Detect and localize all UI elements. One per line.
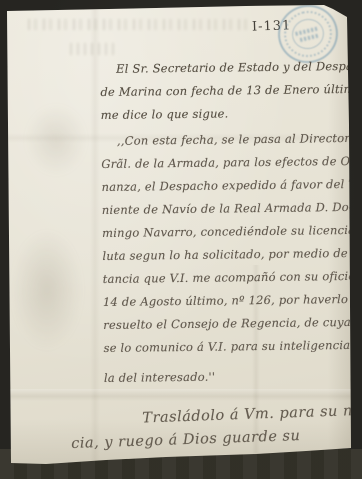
paper-stain [26,105,86,175]
letter-closing-block: Trasládolo á Vm. para su noti- cia, y ru… [70,398,351,454]
letter-line: ,,Con esta fecha, se le pasa al Director [101,127,345,153]
letter-line: luta segun lo ha solicitado, por medio d… [102,242,346,268]
letter-line: nanza, el Despacho expedido á favor del … [101,173,345,199]
letter-line: El Sr. Secretario de Estado y del Despac… [100,55,344,81]
letter-line: 14 de Agosto último, nº 126, por haverlo… [103,288,347,314]
letter-line: tancia que V.I. me acompañó con su ofici… [103,265,347,291]
paper-stain [12,230,82,350]
letter-line: la del interesado.'' [104,364,348,390]
letter-text-block: El Sr. Secretario de Estado y del Despac… [100,55,348,390]
letter-paper: I-131 El Sr. Secretario de Estado y del … [6,5,352,465]
bleed-through-smudge-small [70,43,118,55]
letter-line: se lo comunico á V.I. para su inteligenc… [103,334,347,360]
letter-line: niente de Navío de la Real Armada D. Do- [102,196,346,222]
scanned-letter-image: I-131 El Sr. Secretario de Estado y del … [0,0,362,479]
letter-line: me dice lo que sigue. [101,101,345,127]
letter-line: Grãl. de la Armada, para los efectos de … [101,150,345,176]
bleed-through-smudge [28,19,250,30]
letter-line: mingo Navarro, concediéndole su licencia… [102,219,346,245]
letter-line: de Marina con fecha de 13 de Enero últim… [100,78,344,104]
letter-line: resuelto el Consejo de Regencia, de cuya… [103,311,347,337]
